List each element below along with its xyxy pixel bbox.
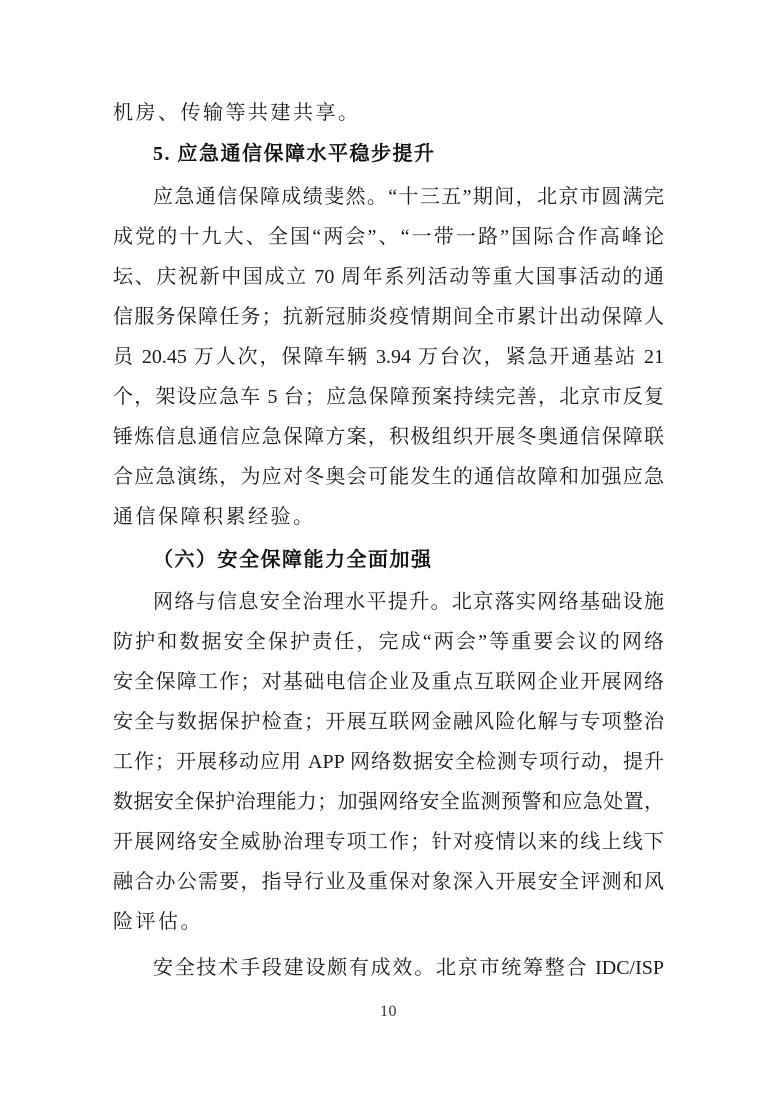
body-text-line: 网络与信息安全治理水平提升。北京落实网络基础设施 [113, 582, 664, 622]
body-text-line: 数据安全保护治理能力；加强网络安全监测预警和应急处置， [113, 782, 664, 822]
body-text-line: 融合办公需要，指导行业及重保对象深入开展安全评测和风 [113, 862, 664, 902]
heading-line: 5. 应急通信保障水平稳步提升 [113, 134, 664, 174]
body-text-line: 机房、传输等共建共享。 [113, 93, 664, 133]
body-text-line: 险评估。 [113, 902, 664, 942]
body-text-line: 个，架设应急车 5 台；应急保障预案持续完善，北京市反复 [113, 377, 664, 417]
document-page: 机房、传输等共建共享。5. 应急通信保障水平稳步提升应急通信保障成绩斐然。“十三… [0, 0, 777, 1098]
body-text-line: 应急通信保障成绩斐然。“十三五”期间，北京市圆满完 [113, 177, 664, 217]
body-text-line: 信服务保障任务；抗新冠肺炎疫情期间全市累计出动保障人 [113, 297, 664, 337]
body-text-line: 员 20.45 万人次，保障车辆 3.94 万台次，紧急开通基站 21 [113, 337, 664, 377]
heading-line: （六）安全保障能力全面加强 [113, 540, 664, 580]
body-text-line: 合应急演练，为应对冬奥会可能发生的通信故障和加强应急 [113, 457, 664, 497]
body-text-line: 通信保障积累经验。 [113, 497, 664, 537]
body-text-line: 防护和数据安全保护责任，完成“两会”等重要会议的网络 [113, 622, 664, 662]
body-text-line: 成党的十九大、全国“两会”、“一带一路”国际合作高峰论 [113, 217, 664, 257]
body-text-line: 安全技术手段建设颇有成效。北京市统筹整合 IDC/ISP [113, 948, 664, 988]
body-text-line: 坛、庆祝新中国成立 70 周年系列活动等重大国事活动的通 [113, 257, 664, 297]
document-body: 机房、传输等共建共享。5. 应急通信保障水平稳步提升应急通信保障成绩斐然。“十三… [113, 93, 664, 988]
body-text-line: 安全保障工作；对基础电信企业及重点互联网企业开展网络 [113, 662, 664, 702]
body-text-line: 安全与数据保护检查；开展互联网金融风险化解与专项整治 [113, 702, 664, 742]
page-number: 10 [0, 1002, 777, 1022]
body-text-line: 开展网络安全威胁治理专项工作；针对疫情以来的线上线下 [113, 822, 664, 862]
body-text-line: 工作；开展移动应用 APP 网络数据安全检测专项行动，提升 [113, 742, 664, 782]
body-text-line: 锤炼信息通信应急保障方案，积极组织开展冬奥通信保障联 [113, 417, 664, 457]
